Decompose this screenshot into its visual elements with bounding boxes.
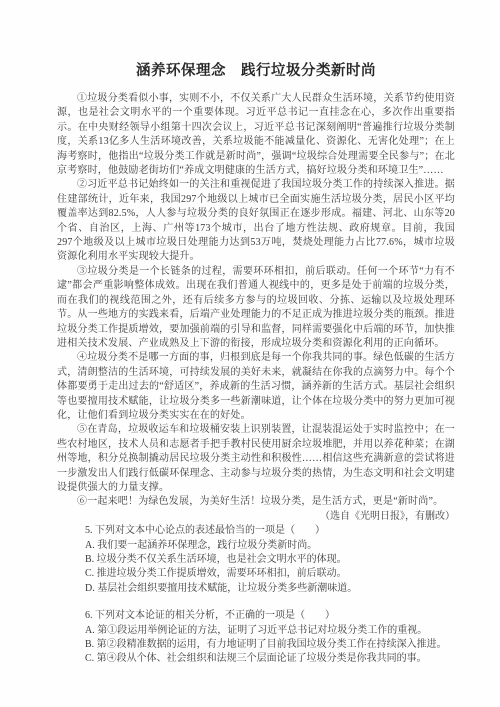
question-6: 6. 下列对文本论证的相关分析，不正确的一项是（ ） A. 第①段运用举例论证的…: [57, 609, 455, 667]
source-attribution: （选自《光明日报》，有删改）: [57, 510, 455, 524]
document-page: 涵养环保理念 践行垃圾分类新时尚 ①垃圾分类看似小事，实则不小，不仅关系广大人民…: [0, 0, 500, 707]
article-paragraph-1: ①垃圾分类看似小事，实则不小，不仅关系广大人民群众生活环境，关系节约使用资源，也…: [57, 92, 455, 178]
article-paragraph-6: ⑥一起来吧！为绿色发展，为美好生活！垃圾分类，是生活方式，更是“新时尚”。: [57, 495, 455, 509]
question-5-option-a: A. 我们要一起涵养环保理念，践行垃圾分类新时尚。: [57, 539, 455, 553]
question-6-option-b: B. 第②段精准数据的运用，有力地证明了目前我国垃圾分类工作在持续深入推进。: [57, 638, 455, 652]
article-paragraph-5: ⑤在青岛，垃圾收运车和垃圾桶安装上识别装置，让混装混运处于实时监控中；在一些农村…: [57, 423, 455, 495]
question-5-option-c: C. 推进垃圾分类工作提质增效，需要环环相扣，前后联动。: [57, 567, 455, 581]
question-6-option-c: C. 第④段从个体、社会组织和法规三个层面论证了垃圾分类是你我共同的事。: [57, 652, 455, 666]
question-6-stem: 6. 下列对文本论证的相关分析，不正确的一项是（ ）: [57, 609, 455, 623]
article-paragraph-2: ②习近平总书记始终如一的关注和重视促进了我国垃圾分类工作的持续深入推进。据住建部…: [57, 178, 455, 264]
article-paragraph-3: ③垃圾分类是一个长链条的过程，需要环环相扣，前后联动。任何一个环节“力有不逮”都…: [57, 265, 455, 351]
article-title: 涵养环保理念 践行垃圾分类新时尚: [57, 60, 455, 82]
question-5-stem: 5. 下列对文本中心论点的表述最恰当的一项是（ ）: [57, 524, 455, 538]
question-6-option-a: A. 第①段运用举例论证的方法，证明了习近平总书记对垃圾分类工作的重视。: [57, 624, 455, 638]
article-paragraph-4: ④垃圾分类不是哪一方面的事，归根到底是每一个你我共同的事。绿色低碳的生活方式，清…: [57, 351, 455, 423]
question-5: 5. 下列对文本中心论点的表述最恰当的一项是（ ） A. 我们要一起涵养环保理念…: [57, 524, 455, 596]
question-5-option-d: D. 基层社会组织要擅用技术赋能，让垃圾分类多些新潮味道。: [57, 582, 455, 596]
question-5-option-b: B. 垃圾分类不仅关系生活环境，也是社会文明水平的体现。: [57, 553, 455, 567]
